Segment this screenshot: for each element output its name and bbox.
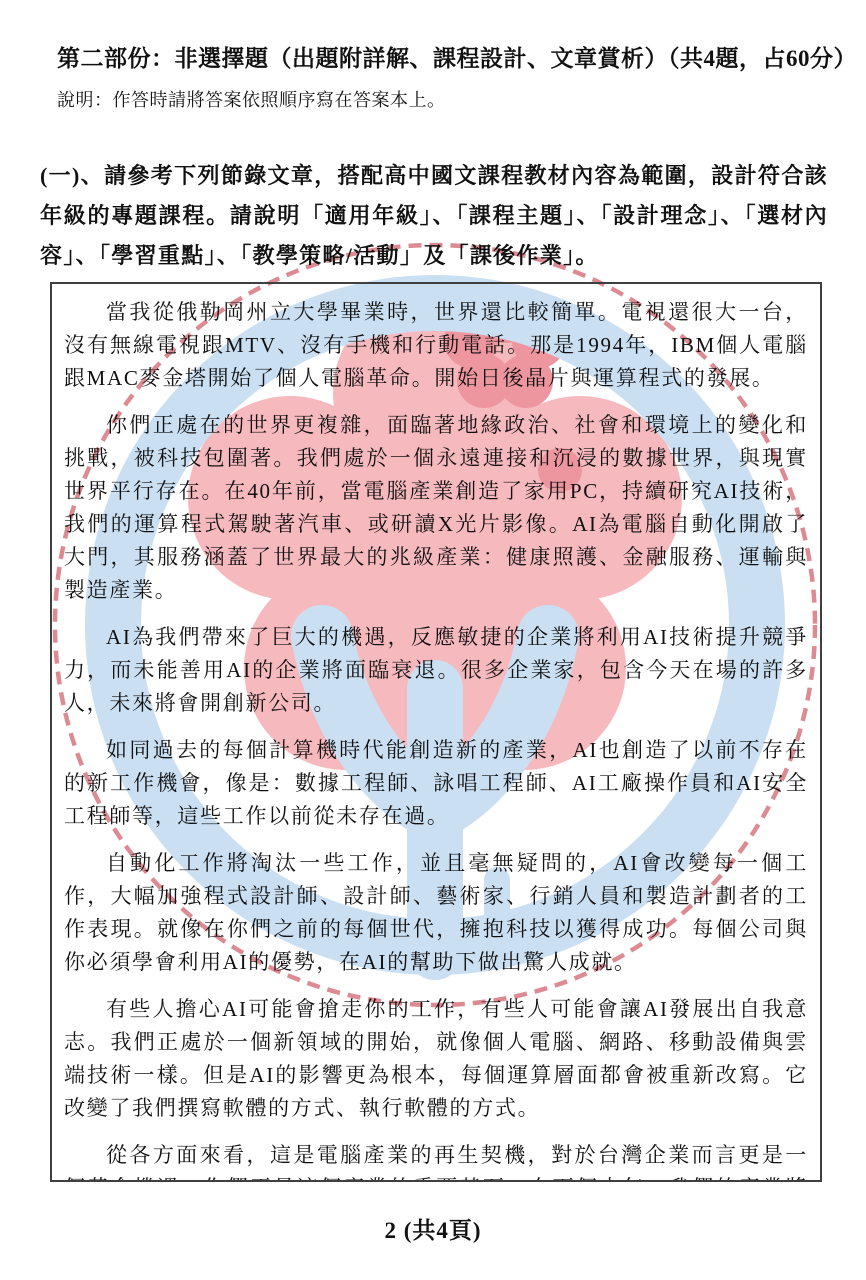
instruction-note: 說明：作答時請將答案依照順序寫在答案本上。 <box>57 86 446 112</box>
passage-paragraph: 自動化工作將淘汰一些工作，並且毫無疑問的，AI會改變每一個工作，大幅加強程式設計… <box>64 847 808 979</box>
exam-page: 第二部份：非選擇題（出題附詳解、課程設計、文章賞析）（共4題，占60分） 說明：… <box>0 0 866 1280</box>
page-number: 2 (共4頁) <box>0 1212 866 1245</box>
page-title: 第二部份：非選擇題（出題附詳解、課程設計、文章賞析）（共4題，占60分） <box>57 40 837 73</box>
passage-paragraph: 如同過去的每個計算機時代能創造新的產業，AI也創造了以前不存在的新工作機會，像是… <box>64 734 808 833</box>
passage-paragraph: 當我從俄勒岡州立大學畢業時，世界還比較簡單。電視還很大一台，沒有無線電視跟MTV… <box>64 296 808 395</box>
passage-paragraph: AI為我們帶來了巨大的機遇，反應敏捷的企業將利用AI技術提升競爭力，而未能善用A… <box>64 621 808 720</box>
passage-paragraph: 從各方面來看，這是電腦產業的再生契機，對於台灣企業而言更是一個黃金機遇。你們正是… <box>64 1139 808 1182</box>
passage-paragraph: 有些人擔心AI可能會搶走你的工作，有些人可能會讓AI發展出自我意志。我們正處於一… <box>64 993 808 1125</box>
passage-box: 當我從俄勒岡州立大學畢業時，世界還比較簡單。電視還很大一台，沒有無線電視跟MTV… <box>50 282 822 1182</box>
passage-paragraph: 你們正處在的世界更複雜，面臨著地緣政治、社會和環境上的變化和挑戰，被科技包圍著。… <box>64 409 808 607</box>
document-content: 第二部份：非選擇題（出題附詳解、課程設計、文章賞析）（共4題，占60分） 說明：… <box>0 0 866 1280</box>
question-prompt: (一)、請參考下列節錄文章，搭配高中國文課程教材內容為範圍，設計符合該年級的專題… <box>40 156 828 276</box>
